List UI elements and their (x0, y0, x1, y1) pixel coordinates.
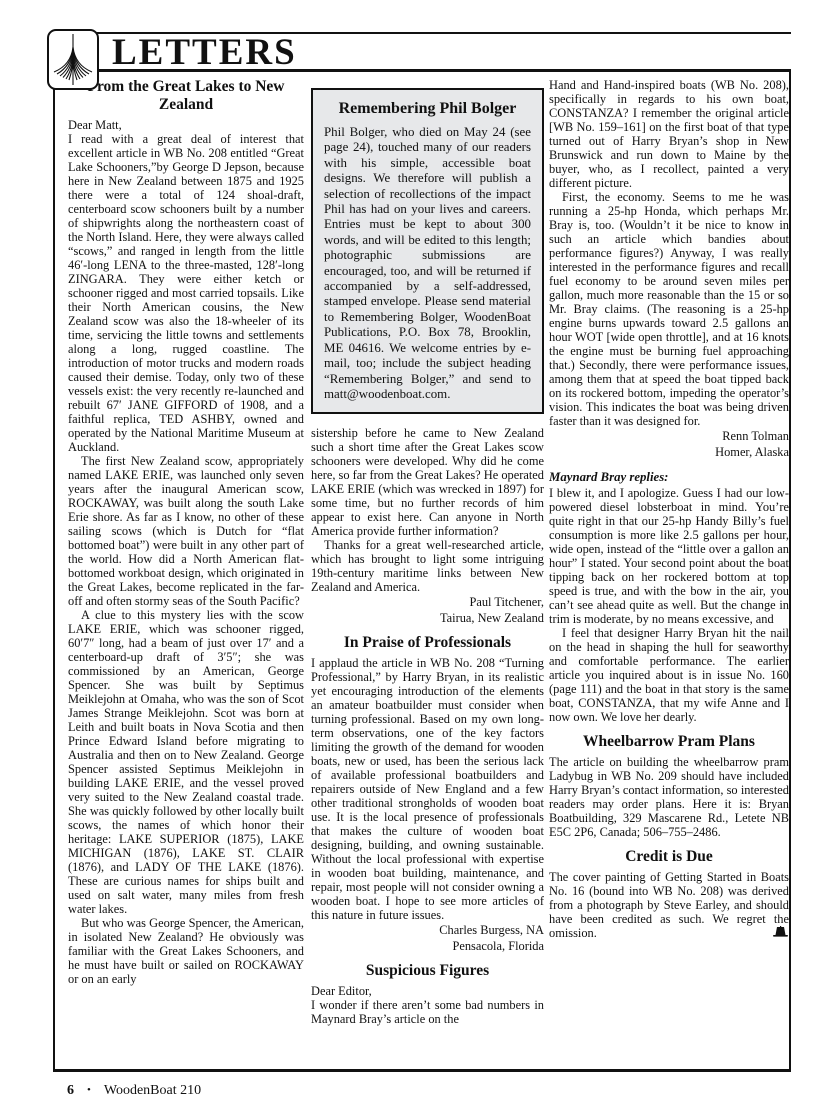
frame-rule-right (789, 69, 791, 1072)
letter-paragraph: First, the economy. Seems to me he was r… (549, 190, 789, 428)
letter-paragraph: Hand and Hand-inspired boats (WB No. 208… (549, 78, 789, 190)
letter-heading-professionals: In Praise of Professionals (311, 634, 544, 652)
letter-paragraph: sistership before he came to New Zealand… (311, 426, 544, 538)
editor-reply-heading: Maynard Bray replies: (549, 470, 789, 485)
header-rule-thin (95, 32, 791, 34)
column-3: Hand and Hand-inspired boats (WB No. 208… (549, 78, 789, 1070)
column-1: From the Great Lakes to New Zealand Dear… (68, 78, 304, 1070)
reply-paragraph: I blew it, and I apologize. Guess I had … (549, 486, 789, 626)
letter-paragraph: The article on building the wheelbarrow … (549, 755, 789, 839)
letter-paragraph: Thanks for a great well-researched artic… (311, 538, 544, 594)
notice-box-title: Remembering Phil Bolger (324, 100, 531, 118)
frame-rule-top (95, 69, 791, 72)
letter-heading-great-lakes: From the Great Lakes to New Zealand (68, 78, 304, 114)
letter-heading-suspicious: Suspicious Figures (311, 962, 544, 980)
signature-location: Homer, Alaska (549, 445, 789, 460)
page-number: 6 (67, 1083, 74, 1098)
letter-paragraph: I read with a great deal of interest tha… (68, 132, 304, 454)
letter-heading-credit: Credit is Due (549, 848, 789, 866)
letter-paragraph: I wonder if there aren’t some bad number… (311, 998, 544, 1026)
column-2: Remembering Phil Bolger Phil Bolger, who… (311, 78, 544, 1070)
page-footer: 6•WoodenBoat 210 (67, 1083, 201, 1099)
frame-rule-left (53, 84, 55, 1072)
letter-paragraph: A clue to this mystery lies with the sco… (68, 608, 304, 916)
signature-name: Renn Tolman (549, 429, 789, 444)
salutation: Dear Editor, (311, 984, 544, 998)
signature-name: Charles Burgess, NA (311, 923, 544, 938)
reply-paragraph: I feel that designer Harry Bryan hit the… (549, 626, 789, 724)
letter-paragraph: The first New Zealand scow, appropriatel… (68, 454, 304, 608)
letter-paragraph: But who was George Spencer, the American… (68, 916, 304, 986)
signature-location: Tairua, New Zealand (311, 611, 544, 626)
notice-box-body: Phil Bolger, who died on May 24 (see pag… (324, 125, 531, 402)
signature-location: Pensacola, Florida (311, 939, 544, 954)
letter-heading-wheelbarrow: Wheelbarrow Pram Plans (549, 733, 789, 751)
letter-paragraph: The cover painting of Getting Started in… (549, 870, 789, 940)
woodenboat-fan-logo-icon (47, 29, 99, 90)
end-mark-icon (772, 926, 789, 939)
letter-paragraph: I applaud the article in WB No. 208 “Tur… (311, 656, 544, 922)
salutation: Dear Matt, (68, 118, 304, 132)
page-title: LETTERS (112, 34, 297, 71)
remembering-phil-bolger-box: Remembering Phil Bolger Phil Bolger, who… (311, 88, 544, 414)
signature-name: Paul Titchener, (311, 595, 544, 610)
fan-logo-glyph (51, 33, 95, 86)
magazine-name: WoodenBoat 210 (104, 1083, 201, 1098)
letters-page: LETTERS From the Great Lakes to New Zeal… (0, 0, 837, 1120)
footer-bullet: • (87, 1084, 91, 1096)
